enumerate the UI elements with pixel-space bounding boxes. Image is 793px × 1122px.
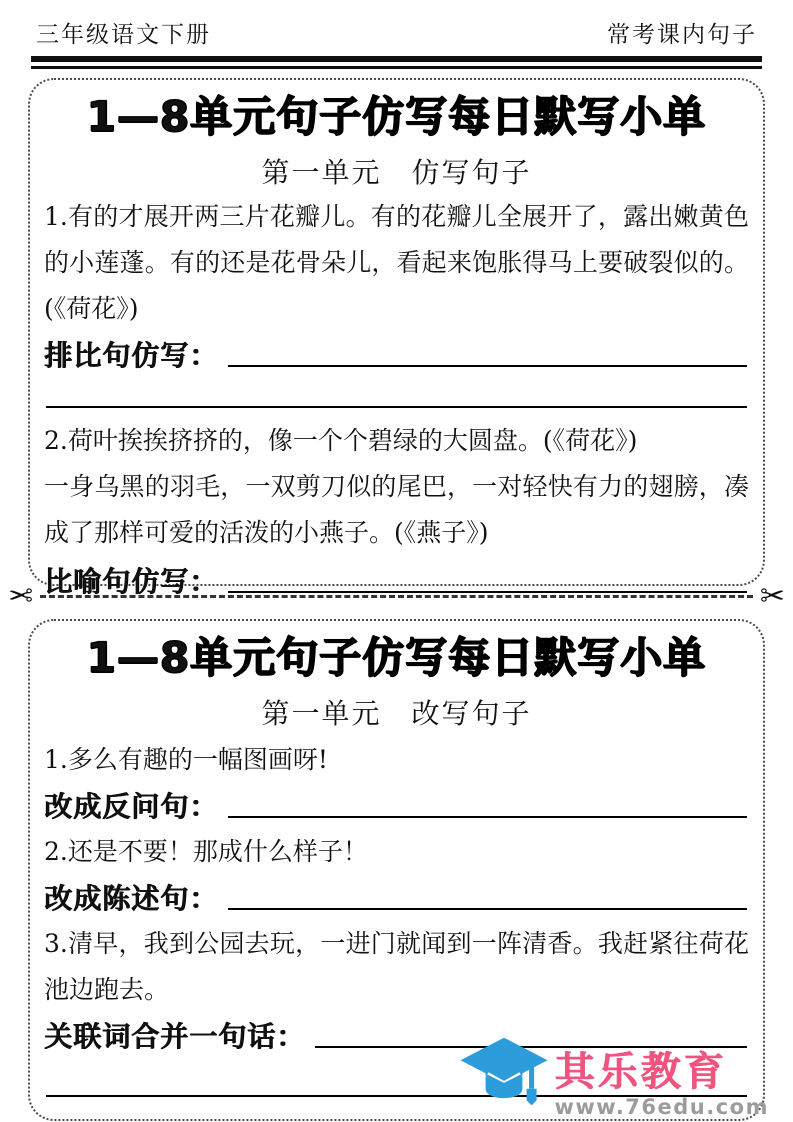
- header-right-title: 常考课内句子: [607, 16, 757, 49]
- writing-line: [228, 908, 747, 910]
- exercise-sentence: 1.有的才展开两三片花瓣儿。有的花瓣儿全展开了，露出嫩黄色的小莲蓬。有的还是花骨…: [44, 194, 749, 332]
- page-header: 三年级语文下册 常考课内句子: [0, 0, 793, 49]
- brand-url: www.76edu.com: [554, 1094, 769, 1120]
- scissors-icon: ✂: [8, 582, 33, 612]
- worksheet-title: 1—8单元句子仿写每日默写小单: [44, 629, 749, 687]
- answer-row: 改成反问句：: [44, 783, 749, 825]
- task-label: 改成反问句：: [44, 789, 218, 825]
- cut-dash-line: [40, 595, 753, 598]
- exercise-sentence: 2.荷叶挨挨挤挤的，像一个个碧绿的大圆盘。(《荷花》): [44, 418, 749, 464]
- header-left-title: 三年级语文下册: [36, 16, 211, 49]
- writing-line: [228, 816, 747, 818]
- answer-row: 排比句仿写：: [44, 332, 749, 374]
- header-rule-thick: [31, 56, 762, 62]
- exercise-sentence: 一身乌黑的羽毛，一双剪刀似的尾巴，一对轻快有力的翅膀，凑成了那样可爱的活泼的小燕…: [44, 464, 749, 556]
- worksheet-subtitle: 第一单元 仿写句子: [44, 154, 749, 192]
- writing-line: [228, 365, 747, 367]
- worksheet-card-1: 1—8单元句子仿写每日默写小单 第一单元 仿写句子 1.有的才展开两三片花瓣儿。…: [28, 78, 765, 586]
- writing-line: [46, 374, 747, 408]
- cut-line: ✂ ✂: [6, 586, 787, 610]
- task-label: 排比句仿写：: [44, 338, 218, 374]
- worksheet-subtitle: 第一单元 改写句子: [44, 695, 749, 733]
- graduation-cap-icon: [458, 1034, 550, 1120]
- brand-text-block: 其乐教育 www.76edu.com: [554, 1050, 769, 1120]
- exercise-sentence: 3.清早，我到公园去玩，一进门就闻到一阵清香。我赶紧往荷花池边跑去。: [44, 921, 749, 1013]
- task-label: 关联词合并一句话：: [44, 1019, 305, 1055]
- exercise-sentence: 1.多么有趣的一幅图画呀!: [44, 737, 749, 783]
- answer-row: 改成陈述句：: [44, 875, 749, 917]
- brand-logo: 其乐教育 www.76edu.com: [458, 1034, 769, 1120]
- task-label: 改成陈述句：: [44, 881, 218, 917]
- scissors-icon: ✂: [760, 582, 785, 612]
- worksheet-title: 1—8单元句子仿写每日默写小单: [44, 88, 749, 146]
- exercise-sentence: 2.还是不要！那成什么样子！: [44, 829, 749, 875]
- brand-name: 其乐教育: [554, 1050, 726, 1094]
- header-rule-thin: [31, 66, 762, 69]
